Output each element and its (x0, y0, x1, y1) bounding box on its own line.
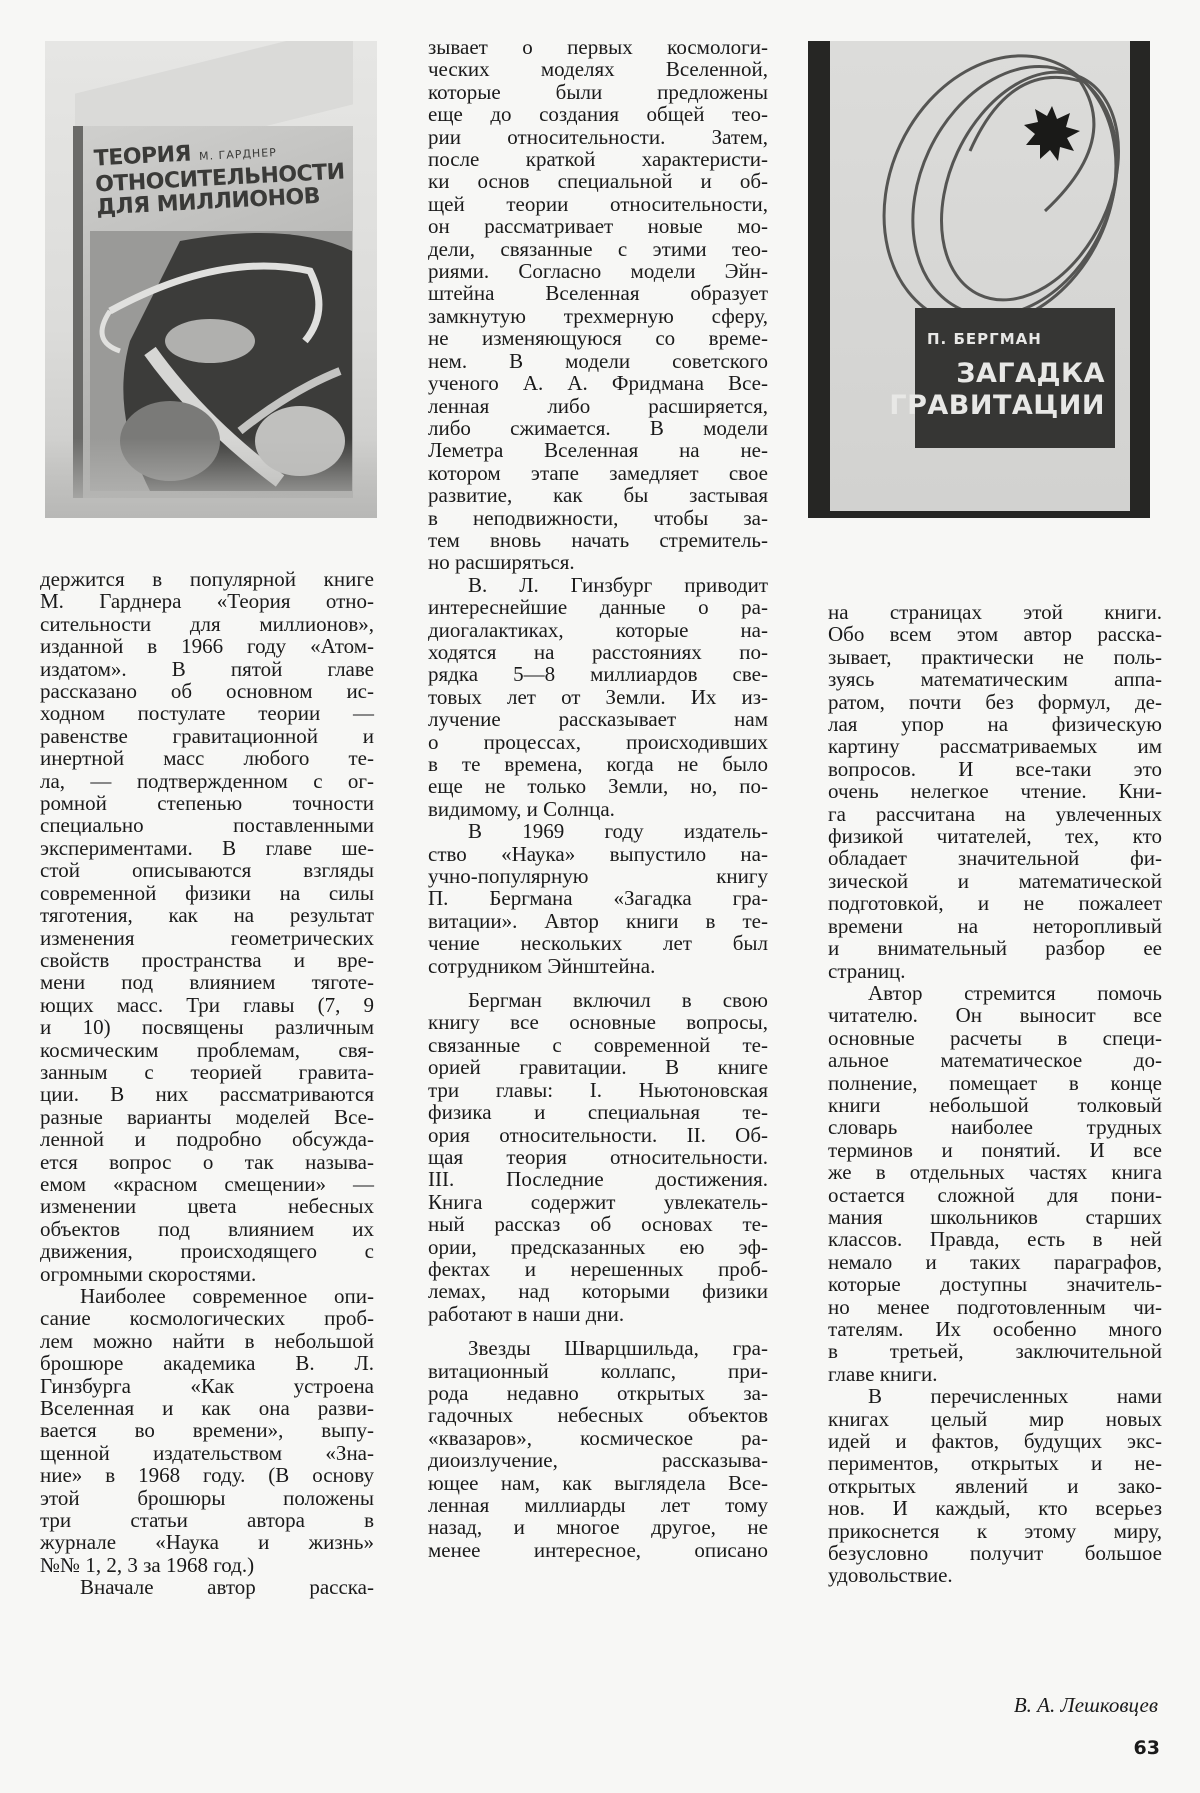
text-line: этой брошюры положены (40, 1487, 374, 1509)
book-cover-photo-gardner: ТЕОРИЯМ. ГАРДНЕР ОТНОСИТЕЛЬНОСТИ ДЛЯ МИЛ… (45, 41, 377, 518)
text-line: витации». Автор книги в те- (428, 910, 768, 932)
text-line: инертной масс любого те- (40, 747, 374, 769)
paragraph: зывает о первых космологи-ческих моделях… (428, 36, 768, 574)
text-line: Вселенная и как она разви- (40, 1397, 374, 1419)
text-line: Обо всем этом автор расска- (828, 623, 1162, 645)
text-line: ходном постулате теории — (40, 702, 374, 724)
text-line: прикоснется к этому миру, (828, 1520, 1162, 1542)
text-line: и внимательный разбор ее (828, 937, 1162, 959)
text-line: классов. Правда, есть в ней (828, 1228, 1162, 1250)
text-column-3: на страницах этой книги.Обо всем этом ав… (828, 601, 1162, 1587)
orbit-star-illustration-icon (830, 41, 1130, 331)
text-line: основные расчеты в специ- (828, 1027, 1162, 1049)
text-line: времени на неторопливый (828, 915, 1162, 937)
text-line: разные варианты моделей Все- (40, 1106, 374, 1128)
text-line: журнале «Наука и жизнь» (40, 1531, 374, 1553)
paragraph: Бергман включил в своюкнигу все основные… (428, 989, 768, 1325)
text-line: лем можно найти в небольшой (40, 1330, 374, 1352)
text-line: зуясь математическим аппа- (828, 668, 1162, 690)
text-line: связанные с современной те- (428, 1034, 768, 1056)
text-line: объектов под влиянием их (40, 1218, 374, 1240)
text-line: ратом, почти без формул, де- (828, 691, 1162, 713)
text-line: зической и математической (828, 870, 1162, 892)
text-line: экспериментами. В главе ше- (40, 837, 374, 859)
text-line: главе книги. (828, 1363, 1162, 1385)
text-line: книгу все основные вопросы, (428, 1011, 768, 1033)
book-cover: П. БЕРГМАН ЗАГАДКА ГРАВИТАЦИИ (830, 41, 1130, 511)
book-cover-title: ТЕОРИЯМ. ГАРДНЕР ОТНОСИТЕЛЬНОСТИ ДЛЯ МИЛ… (93, 135, 346, 220)
text-line: ный рассказ об основах те- (428, 1213, 768, 1235)
text-line: в неподвижности, чтобы за- (428, 507, 768, 529)
text-line: Бергман включил в свою (428, 989, 768, 1011)
text-line: подготовкой, и не пожалеет (828, 892, 1162, 914)
text-line: развитие, как бы застывая (428, 484, 768, 506)
paragraph: Вначале автор расска- (40, 1576, 374, 1598)
text-line: интереснейшие данные о ра- (428, 596, 768, 618)
text-line: диогалактиках, которые на- (428, 619, 768, 641)
text-line: ла, — подтвержденном с ог- (40, 770, 374, 792)
text-line: ние» в 1968 году. (В основу (40, 1464, 374, 1486)
text-line: но расширяться. (428, 551, 768, 573)
text-line: три статьи автора в (40, 1509, 374, 1531)
text-line: картину рассматриваемых им (828, 735, 1162, 757)
book-cover-label: П. БЕРГМАН ЗАГАДКА ГРАВИТАЦИИ (915, 308, 1115, 448)
text-line: современной физики на силы (40, 882, 374, 904)
text-line: Гинзбурга «Как устроена (40, 1375, 374, 1397)
text-line: он рассматривает новые мо- (428, 215, 768, 237)
text-line: гадочных небесных объектов (428, 1404, 768, 1426)
text-line: обладает значительной фи- (828, 847, 1162, 869)
paragraph: В. Л. Гинзбург приводитинтереснейшие дан… (428, 574, 768, 820)
text-line: котором этапе замедляет свое (428, 462, 768, 484)
text-line: видимому, и Солнца. (428, 798, 768, 820)
text-line: занным с теорией гравита- (40, 1061, 374, 1083)
text-line: космическим проблемам, свя- (40, 1039, 374, 1061)
text-line: полнение, помещает в конце (828, 1072, 1162, 1094)
paragraph: Наиболее современное опи-сание космологи… (40, 1285, 374, 1576)
text-line: держится в популярной книге (40, 568, 374, 590)
text-line: В перечисленных нами (828, 1385, 1162, 1407)
text-line: III. Последние достижения. (428, 1168, 768, 1190)
author-signature: В. А. Лешковцев (1014, 1693, 1158, 1718)
paragraph: Звезды Шварцшильда, гра-витационный колл… (428, 1337, 768, 1561)
text-line: которые доступны значитель- (828, 1273, 1162, 1295)
text-line: равенстве гравитационной и (40, 725, 374, 747)
text-line: П. Бергмана «Загадка гра- (428, 887, 768, 909)
text-line: изменения геометрических (40, 927, 374, 949)
text-line: ории, предсказанных ею эф- (428, 1236, 768, 1258)
text-line: работают в наши дни. (428, 1303, 768, 1325)
text-line: ство «Наука» выпустило на- (428, 843, 768, 865)
text-line: сотрудником Эйнштейна. (428, 955, 768, 977)
text-line: рода недавно открытых за- (428, 1382, 768, 1404)
text-line: «квазаров», космическое ра- (428, 1427, 768, 1449)
text-line: мени под влиянием тяготе- (40, 971, 374, 993)
book-cover-author: М. ГАРДНЕР (199, 146, 277, 163)
text-line: Вначале автор расска- (40, 1576, 374, 1598)
text-line: ученого А. А. Фридмана Все- (428, 372, 768, 394)
text-line: периментов, открытых и не- (828, 1452, 1162, 1474)
text-line: Книга содержит увлекатель- (428, 1191, 768, 1213)
text-line: учно-популярную книгу (428, 865, 768, 887)
text-line: терминов и понятий. И все (828, 1139, 1162, 1161)
text-line: назад, и многое другое, не (428, 1516, 768, 1538)
text-line: мания школьников старших (828, 1206, 1162, 1228)
text-line: немало и таких параграфов, (828, 1251, 1162, 1273)
text-line: страниц. (828, 960, 1162, 982)
star-icon (1024, 106, 1080, 161)
text-line: и 10) посвящены различным (40, 1016, 374, 1038)
text-line: щенной издательством «Зна- (40, 1442, 374, 1464)
text-line: риями. Согласно модели Эйн- (428, 260, 768, 282)
text-line: вопросов. И все-таки это (828, 758, 1162, 780)
text-line: орией гравитации. В книге (428, 1056, 768, 1078)
text-line: книги небольшой толковый (828, 1094, 1162, 1116)
text-line: ленная либо расширяется, (428, 395, 768, 417)
text-line: лая упор на физическую (828, 713, 1162, 735)
text-line: Звезды Шварцшильда, гра- (428, 1337, 768, 1359)
text-line: ческих моделях Вселенной, (428, 58, 768, 80)
text-line: М. Гарднера «Теория отно- (40, 590, 374, 612)
text-line: словарь наиболее трудных (828, 1116, 1162, 1138)
text-line: рядка 5—8 миллиардов све- (428, 663, 768, 685)
text-line: штейна Вселенная образует (428, 282, 768, 304)
text-line: менее интересное, описано (428, 1539, 768, 1561)
text-line: еще не только Земли, но, по- (428, 775, 768, 797)
text-line: ется вопрос о так называ- (40, 1151, 374, 1173)
text-line: сительности для миллионов», (40, 613, 374, 635)
text-line: рассказано об основном ис- (40, 680, 374, 702)
text-line: специально поставленными (40, 814, 374, 836)
text-line: альное математическое до- (828, 1049, 1162, 1071)
text-line: емом «красном смещении» — (40, 1173, 374, 1195)
text-line: товых лет от Земли. Их из- (428, 686, 768, 708)
text-line: читателю. Он выносит все (828, 1004, 1162, 1026)
text-line: издатом». В пятой главе (40, 658, 374, 680)
text-line: тателям. Их особенно много (828, 1318, 1162, 1340)
text-line: ромной степенью точности (40, 792, 374, 814)
text-line: физикой читателей, тех, кто (828, 825, 1162, 847)
text-line: щей теории относительности, (428, 193, 768, 215)
text-line: три главы: I. Ньютоновская (428, 1079, 768, 1101)
text-line: щая теория относительности. (428, 1146, 768, 1168)
text-line: вается во времени», выпу- (40, 1419, 374, 1441)
text-line: зывает о первых космологи- (428, 36, 768, 58)
text-line: витационный коллапс, при- (428, 1360, 768, 1382)
text-line: свойств пространства и вре- (40, 949, 374, 971)
text-line: книгах целый мир новых (828, 1408, 1162, 1430)
text-line: открытых явлений и зако- (828, 1475, 1162, 1497)
text-line: стой описываются взгляды (40, 859, 374, 881)
text-line: В. Л. Гинзбург приводит (428, 574, 768, 596)
text-line: безусловно получит большое (828, 1542, 1162, 1564)
book-cover-author: П. БЕРГМАН (927, 330, 1042, 348)
text-line: чение нескольких лет был (428, 932, 768, 954)
text-line: о процессах, происходивших (428, 731, 768, 753)
text-line: замкнутую трехмерную сферу, (428, 305, 768, 327)
text-line: остается сложной для пони- (828, 1184, 1162, 1206)
text-column-1: держится в популярной книгеМ. Гарднера «… (40, 568, 374, 1599)
text-line: лучение рассказывает нам (428, 708, 768, 730)
text-line: лемах, над которыми физики (428, 1280, 768, 1302)
text-line: не изменяющуюся со време- (428, 327, 768, 349)
text-line: Леметра Вселенная на не- (428, 439, 768, 461)
paragraph: В перечисленных намикнигах целый мир нов… (828, 1385, 1162, 1587)
text-line: удовольствие. (828, 1564, 1162, 1586)
text-line: ория относительности. II. Об- (428, 1124, 768, 1146)
text-line: движения, происходящего с (40, 1240, 374, 1262)
text-line: ходятся на расстояниях по- (428, 641, 768, 663)
text-line: нем. В модели советского (428, 350, 768, 372)
text-line: тяготения, как на результат (40, 904, 374, 926)
text-line: же в отдельных частях книга (828, 1161, 1162, 1183)
text-line: тем вновь начать стремитель- (428, 529, 768, 551)
text-line: либо сжимается. В модели (428, 417, 768, 439)
book-cover-title: ЗАГАДКА ГРАВИТАЦИИ (889, 358, 1105, 422)
text-line: ющее нам, как выглядела Все- (428, 1472, 768, 1494)
text-line: которые были предложены (428, 81, 768, 103)
text-line: ки основ специальной и об- (428, 170, 768, 192)
text-line: рии относительности. Затем, (428, 126, 768, 148)
paragraph: Автор стремится помочьчитателю. Он вынос… (828, 982, 1162, 1385)
text-line: №№ 1, 2, 3 за 1968 год.) (40, 1554, 374, 1576)
text-line: в те времена, когда не было (428, 753, 768, 775)
text-line: га рассчитана на увлеченных (828, 803, 1162, 825)
text-line: на страницах этой книги. (828, 601, 1162, 623)
text-line: еще до создания общей тео- (428, 103, 768, 125)
text-line: ции. В них рассматриваются (40, 1083, 374, 1105)
text-line: Автор стремится помочь (828, 982, 1162, 1004)
text-line: физика и специальная те- (428, 1101, 768, 1123)
text-line: дели, связанные с этими тео- (428, 238, 768, 260)
text-line: брошюре академика В. Л. (40, 1352, 374, 1374)
text-line: после краткой характеристи- (428, 148, 768, 170)
text-line: в третьей, заключительной (828, 1340, 1162, 1362)
book-cover-photo-bergmann: П. БЕРГМАН ЗАГАДКА ГРАВИТАЦИИ (808, 41, 1150, 518)
text-line: диоизлучение, рассказыва- (428, 1449, 768, 1471)
text-line: Наиболее современное опи- (40, 1285, 374, 1307)
text-line: ленная миллиарды лет тому (428, 1494, 768, 1516)
text-line: зывает, практически не поль- (828, 646, 1162, 668)
paragraph: держится в популярной книгеМ. Гарднера «… (40, 568, 374, 1285)
text-line: идей и фактов, будущих экс- (828, 1430, 1162, 1452)
text-column-2: зывает о первых космологи-ческих моделях… (428, 36, 768, 1561)
text-line: но менее подготовленным чи- (828, 1296, 1162, 1318)
text-line: сание космологических проб- (40, 1307, 374, 1329)
text-line: очень нелегкое чтение. Кни- (828, 780, 1162, 802)
paragraph: В 1969 году издатель-ство «Наука» выпуст… (428, 820, 768, 977)
page-number: 63 (1134, 1737, 1160, 1759)
text-line: изменении цвета небесных (40, 1195, 374, 1217)
text-line: огромными скоростями. (40, 1263, 374, 1285)
paragraph: на страницах этой книги.Обо всем этом ав… (828, 601, 1162, 982)
text-line: фектах и нерешенных проб- (428, 1258, 768, 1280)
text-line: ленной и подробно обсужда- (40, 1128, 374, 1150)
text-line: изданной в 1966 году «Атом- (40, 635, 374, 657)
text-line: нов. И каждый, кто всерьез (828, 1497, 1162, 1519)
text-line: ющих масс. Три главы (7, 9 (40, 994, 374, 1016)
text-line: В 1969 году издатель- (428, 820, 768, 842)
